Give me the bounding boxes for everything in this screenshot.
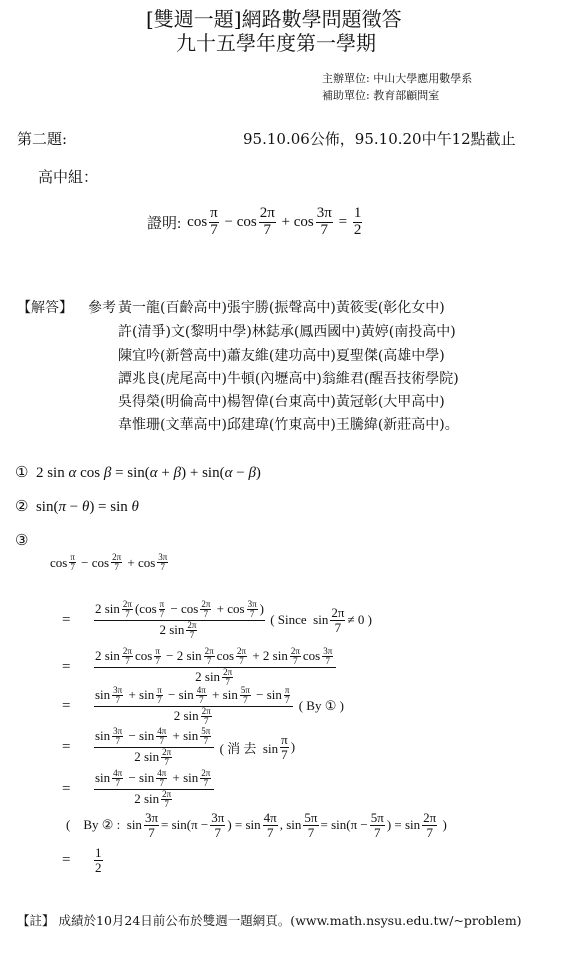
identity-1: ① 2 sin α cos β = sin(α + β) + sin(α − β…	[15, 463, 261, 482]
by-2-note: ( By ② : sin3π7 = sin(π −3π7) = sin4π7 ,…	[66, 811, 447, 839]
step-3-marker: ③	[15, 531, 28, 550]
group-label: 高中組：	[38, 166, 98, 187]
prove-label: 證明:	[147, 212, 181, 233]
problem-dates: 95.10.06公佈，95.10.20中午12點截止	[243, 128, 516, 149]
problem-statement: 證明: cosπ7 − cos2π7 + cos3π7 = 12	[147, 206, 364, 239]
derivation-step-5: = sin4π7 − sin4π7 + sin2π72 sin2π7	[62, 769, 216, 810]
co-organizer: 補助單位: 教育部顧問室	[322, 87, 439, 103]
final-result: = 12	[62, 846, 105, 874]
note-text: 成績於10月24日前公布於雙週一題網頁。(www.math.nsysu.edu.…	[59, 913, 522, 928]
derivation-step-4: = sin3π7 − sin4π7 + sin5π72 sin2π7 ( 消 去…	[62, 727, 295, 768]
note-label: 【註】	[17, 913, 55, 928]
answer-line: 吳得榮(明倫高中)楊智偉(台東高中)黃冠彰(大甲高中)	[118, 391, 445, 411]
answer-line: 黃一龍(百齡高中)張宇勝(振聲高中)黃筱雯(彰化女中)	[118, 297, 445, 317]
derivation-step-3: = sin3π7 + sinπ7 − sin4π7 + sin5π7 − sin…	[62, 686, 344, 727]
page-subtitle: 九十五學年度第一學期	[176, 27, 376, 56]
problem-number: 第二題:	[17, 128, 67, 149]
answer-line: 陳宜吟(新營高中)蕭友維(建功高中)夏聖傑(高雄中學)	[118, 345, 445, 365]
expression: cosπ7 − cos2π7 + cos3π7	[50, 553, 170, 573]
answer-label: 【解答】	[17, 297, 73, 317]
derivation-step-2: = 2 sin2π7cosπ7 − 2 sin2π7cos2π7 + 2 sin…	[62, 647, 338, 688]
answer-line: 韋惟珊(文華高中)邱建瑋(竹東高中)王騰緯(新莊高中)。	[118, 414, 459, 434]
organizer: 主辦單位: 中山大學應用數學系	[322, 70, 472, 86]
derivation-step-1: = 2 sin2π7(cosπ7 − cos2π7 + cos3π7)2 sin…	[62, 600, 372, 641]
reference-label: 參考	[88, 297, 116, 317]
answer-line: 許(清爭)文(黎明中學)林鋕承(鳳西國中)黃婷(南投高中)	[118, 321, 456, 341]
footer-note: 【註】 成績於10月24日前公布於雙週一題網頁。(www.math.nsysu.…	[17, 911, 522, 929]
identity-2: ② sin(π − θ) = sin θ	[15, 497, 139, 516]
answer-line: 譚兆良(虎尾高中)牛頓(內壢高中)翁維君(醒吾技術學院)	[118, 368, 459, 388]
by-1-note: ( By ① )	[295, 698, 343, 714]
